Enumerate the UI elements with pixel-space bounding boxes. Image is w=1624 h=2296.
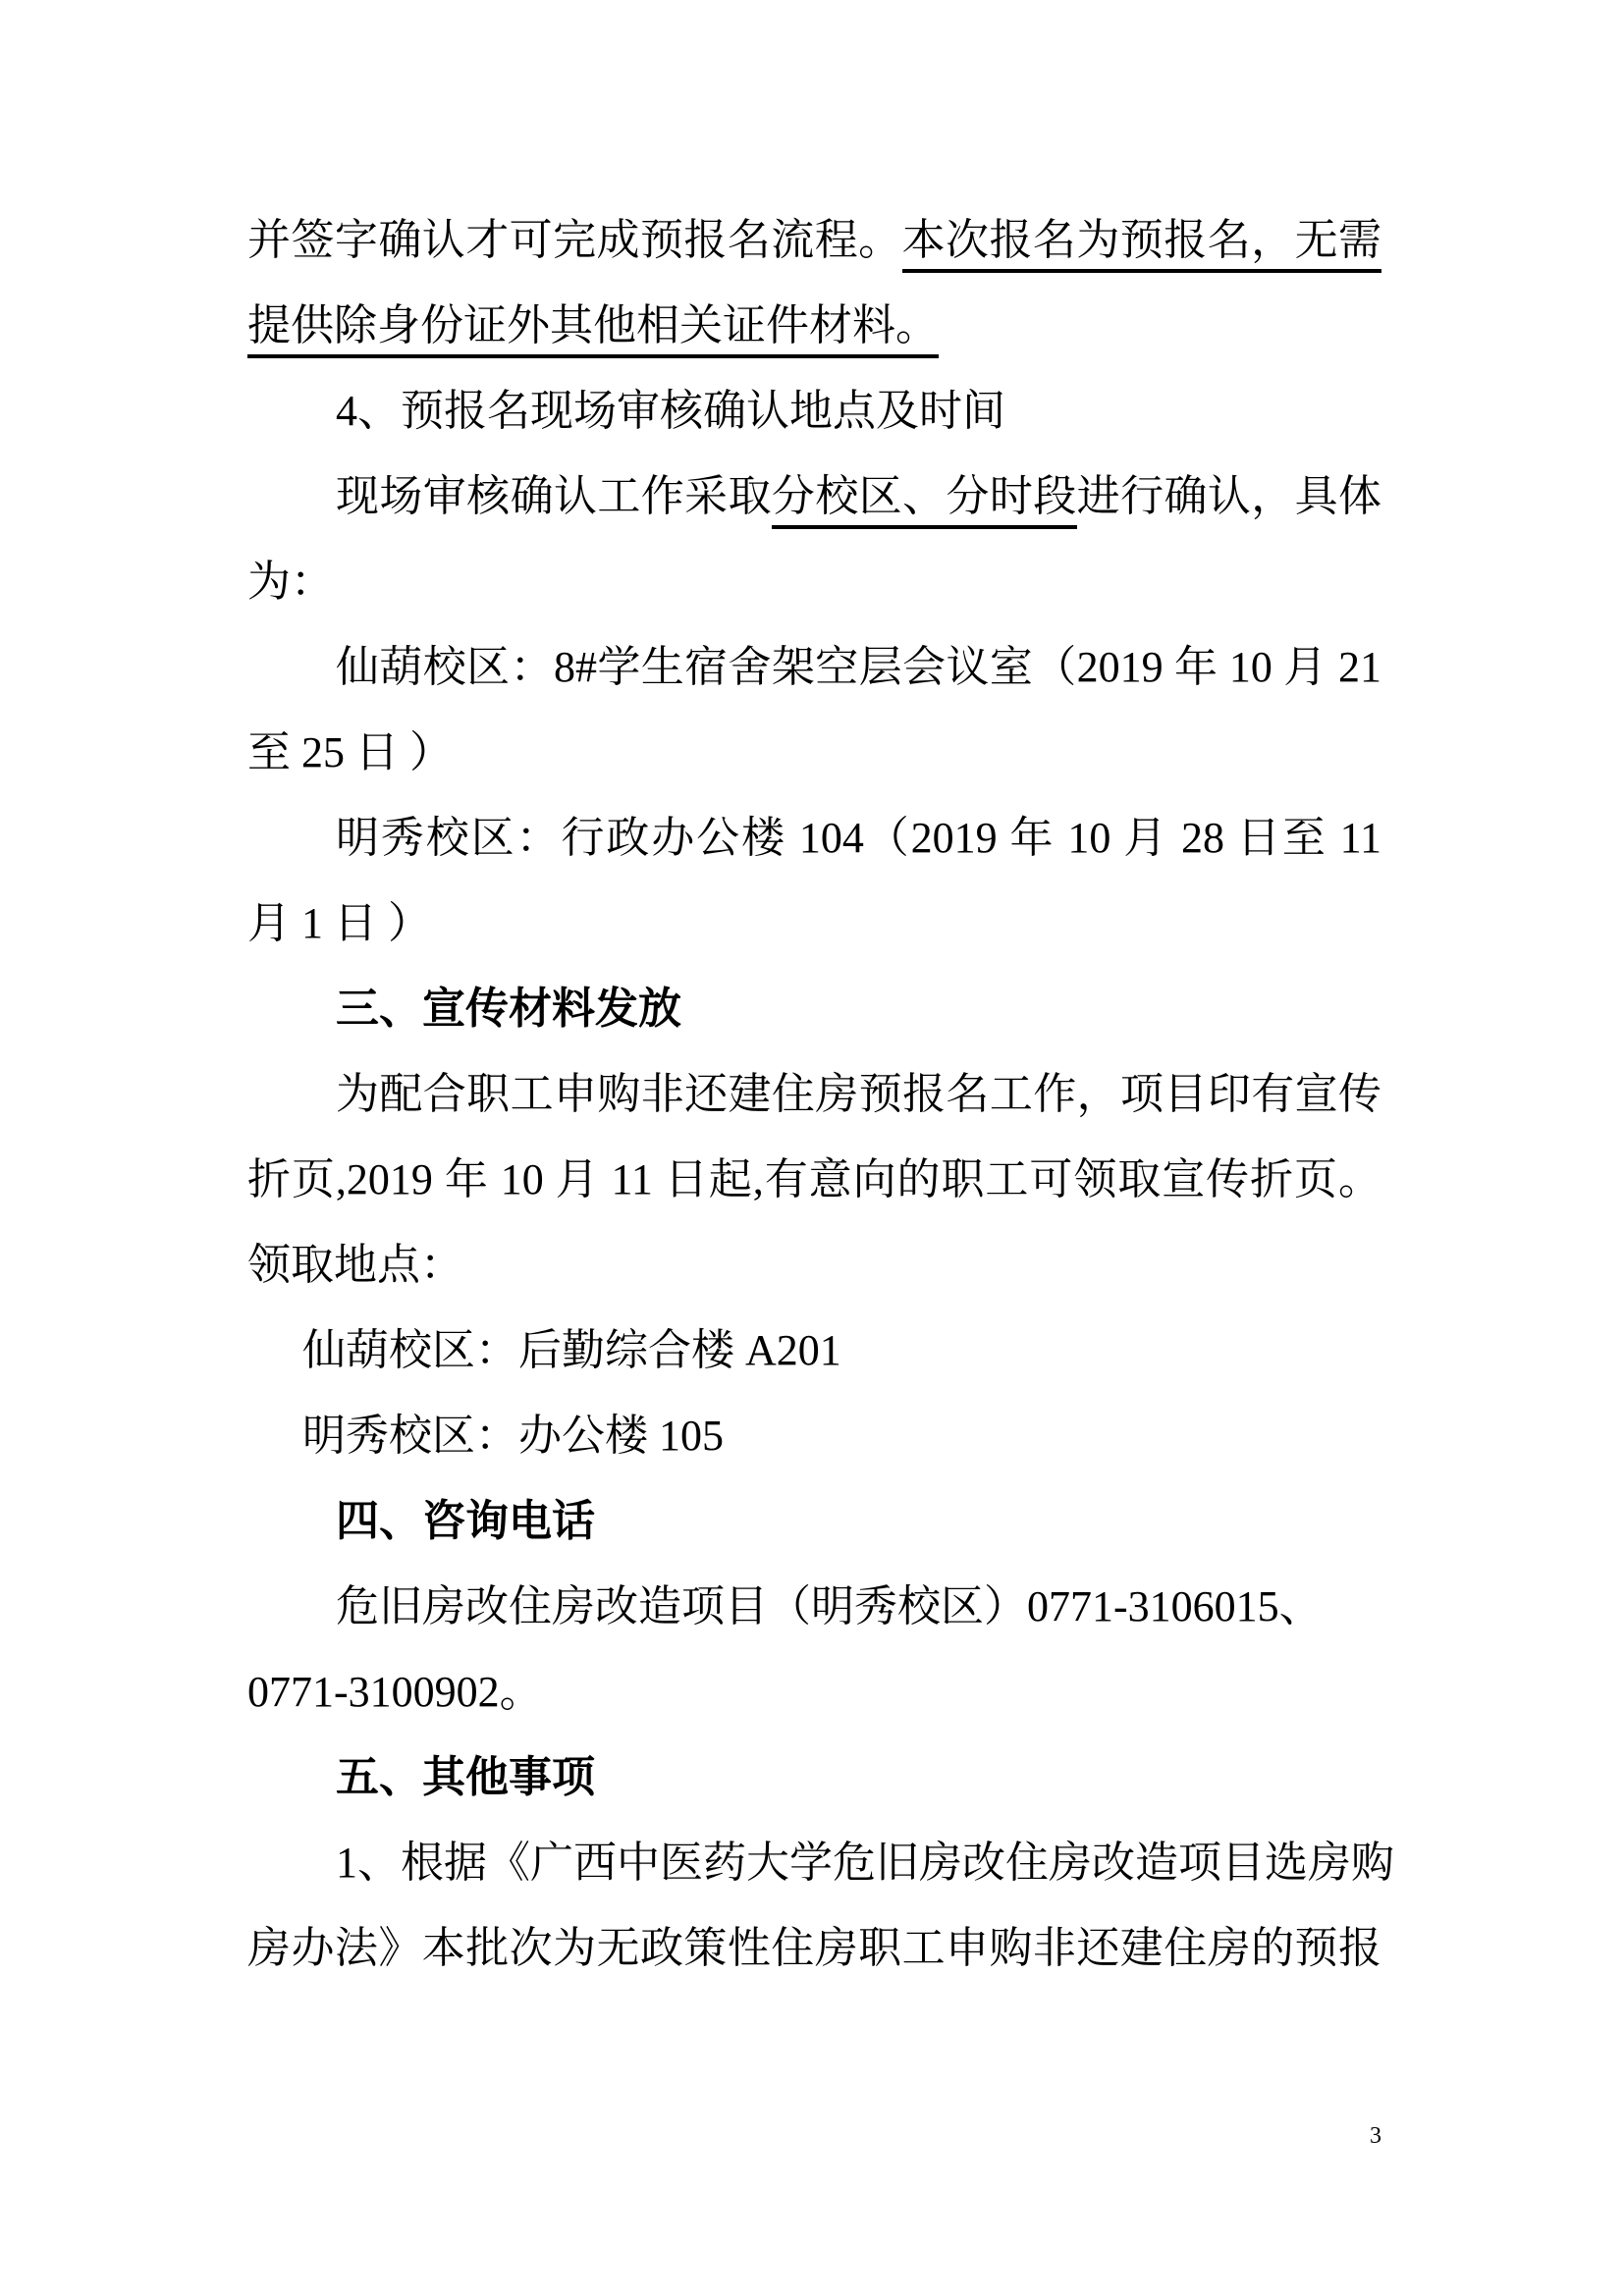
text-segment: 折页,2019 年 10 月 11 日起,有意向的职工可领取宣传折页。 — [247, 1155, 1381, 1203]
text-line: 仙葫校区：后勤综合楼 A201 — [247, 1308, 1381, 1393]
document-body: 并签字确认才可完成预报名流程。本次报名为预报名，无需提供除身份证外其他相关证件材… — [247, 197, 1381, 1991]
text-line: 至 25 日 ） — [247, 710, 1381, 795]
text-segment: 仙葫校区：8#学生宿舍架空层会议室（2019 年 10 月 21 — [336, 643, 1381, 691]
page-footer: 3 — [0, 2120, 1381, 2152]
text-segment: 领取地点： — [247, 1241, 463, 1289]
text-line: 月 1 日 ） — [247, 881, 1381, 966]
text-segment: 现场审核确认工作采取 — [336, 472, 772, 520]
text-line: 并签字确认才可完成预报名流程。本次报名为预报名，无需 — [247, 197, 1381, 283]
text-segment: 房办法》本批次为无政策性住房职工申购非还建住房的预报 — [247, 1924, 1381, 1972]
text-segment: 为： — [247, 558, 334, 606]
text-line: 明秀校区：办公楼 105 — [247, 1393, 1381, 1478]
text-segment: 四、咨询电话 — [336, 1497, 595, 1545]
text-line: 房办法》本批次为无政策性住房职工申购非还建住房的预报 — [247, 1905, 1381, 1991]
text-segment: 月 1 日 ） — [247, 899, 431, 947]
text-segment: 进行确认，具体 — [1077, 472, 1381, 520]
text-line: 折页,2019 年 10 月 11 日起,有意向的职工可领取宣传折页。 — [247, 1137, 1381, 1222]
page-number: 3 — [1370, 2123, 1381, 2149]
text-segment: 明秀校区：行政办公楼 104（2019 年 10 月 28 日至 11 — [336, 814, 1381, 862]
text-segment: 并签字确认才可完成预报名流程。 — [247, 216, 902, 264]
section-heading: 三、宣传材料发放 — [247, 966, 1381, 1051]
text-segment: 1、根据《广西中医药大学危旧房改住房改造项目选房购 — [336, 1839, 1394, 1887]
text-line: 危旧房改住房改造项目（明秀校区）0771-3106015、 — [247, 1564, 1381, 1649]
text-segment: 为配合职工申购非还建住房预报名工作，项目印有宣传 — [336, 1070, 1381, 1118]
text-line: 提供除身份证外其他相关证件材料。 — [247, 283, 1381, 368]
text-line: 现场审核确认工作采取分校区、分时段进行确认，具体 — [247, 454, 1381, 539]
text-line: 0771-3100902。 — [247, 1649, 1381, 1735]
text-line: 仙葫校区：8#学生宿舍架空层会议室（2019 年 10 月 21 — [247, 624, 1381, 710]
section-heading: 五、其他事项 — [247, 1735, 1381, 1820]
text-line: 领取地点： — [247, 1222, 1381, 1308]
text-line: 为： — [247, 539, 1381, 624]
text-segment: 4、预报名现场审核确认地点及时间 — [336, 387, 1005, 435]
text-segment: 五、其他事项 — [336, 1753, 595, 1801]
underlined-text-segment: 本次报名为预报名，无需 — [902, 216, 1381, 273]
section-heading: 四、咨询电话 — [247, 1478, 1381, 1564]
text-line: 为配合职工申购非还建住房预报名工作，项目印有宣传 — [247, 1051, 1381, 1137]
text-segment: 明秀校区：办公楼 105 — [302, 1412, 724, 1460]
text-segment: 危旧房改住房改造项目（明秀校区）0771-3106015、 — [336, 1582, 1323, 1630]
text-line: 1、根据《广西中医药大学危旧房改住房改造项目选房购 — [247, 1820, 1381, 1905]
text-segment: 至 25 日 ） — [247, 728, 453, 776]
underlined-text-segment: 分校区、分时段 — [772, 472, 1077, 529]
text-segment: 三、宣传材料发放 — [336, 985, 681, 1033]
text-segment: 0771-3100902。 — [247, 1668, 543, 1716]
underlined-text-segment: 提供除身份证外其他相关证件材料。 — [247, 301, 939, 358]
text-segment: 仙葫校区：后勤综合楼 A201 — [302, 1326, 841, 1374]
document-page: 并签字确认才可完成预报名流程。本次报名为预报名，无需提供除身份证外其他相关证件材… — [0, 0, 1624, 2296]
text-line: 明秀校区：行政办公楼 104（2019 年 10 月 28 日至 11 — [247, 795, 1381, 881]
text-line: 4、预报名现场审核确认地点及时间 — [247, 368, 1381, 454]
